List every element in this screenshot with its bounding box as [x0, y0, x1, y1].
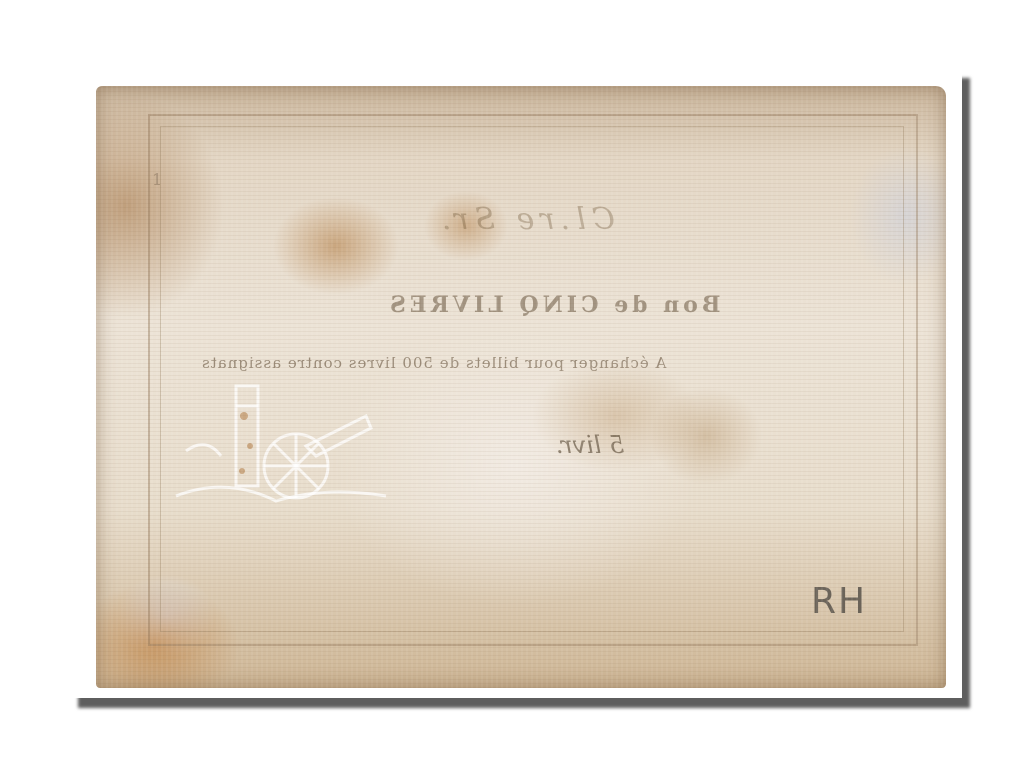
cannon-emblem-icon — [166, 376, 396, 516]
mirrored-subtitle: A échanger pour billets de 500 livres co… — [201, 354, 666, 372]
side-mark: 1 — [152, 170, 162, 189]
mirrored-heading: Cl.re Sr. — [436, 202, 615, 237]
mirrored-title: Bon de CINQ LIVRES — [386, 292, 720, 318]
mirrored-value: 5 livr. — [556, 431, 624, 459]
handwritten-mark: RH — [811, 581, 867, 622]
banknote: 1 Cl.re Sr. Bon de CINQ LIVRES A échange… — [96, 86, 946, 688]
